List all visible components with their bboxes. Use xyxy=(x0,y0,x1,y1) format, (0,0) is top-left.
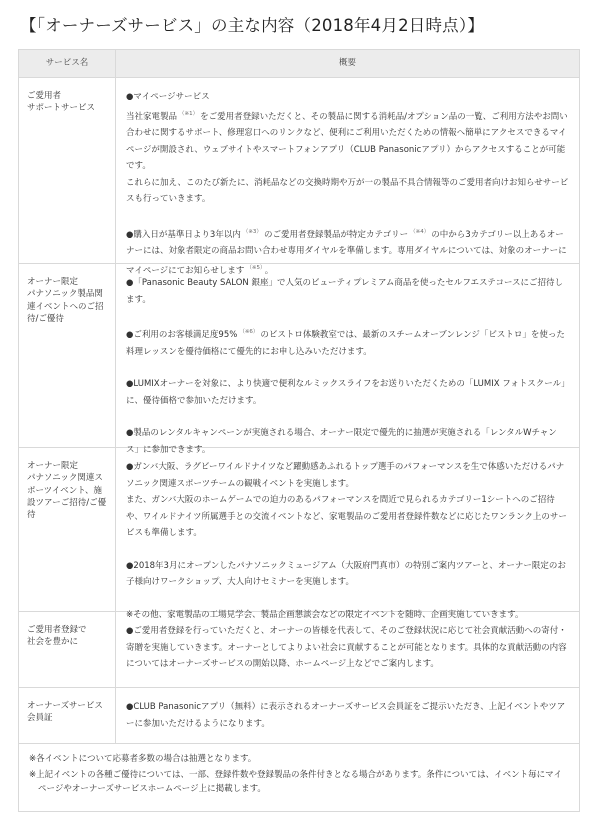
header-summary: 概要 xyxy=(116,50,579,77)
summary-paragraph: ●ご利用のお客様満足度95%（※6）のビストロ体験教室では、最新のスチームオーブ… xyxy=(126,324,569,360)
summary-cell: ●ご愛用者登録を行っていただくと、オーナーの皆様を代表して、そのご登録状況に応じ… xyxy=(116,612,579,687)
table-row: ご愛用者サポートサービス ●マイページサービス当社家電製品（※1）をご愛用者登録… xyxy=(19,77,579,263)
summary-paragraph: ●ご愛用者登録を行っていただくと、オーナーの皆様を代表して、そのご登録状況に応じ… xyxy=(126,623,569,673)
service-name-cell: オーナーズサービス会員証 xyxy=(19,688,116,743)
owners-service-table: サービス名 概要 ご愛用者サポートサービス ●マイページサービス当社家電製品（※… xyxy=(18,49,580,812)
summary-paragraph: ●ガンバ大阪、ラグビーワイルドナイツなど躍動感あふれるトップ選手のパフォーマンス… xyxy=(126,459,569,542)
summary-paragraph: ●「Panasonic Beauty SALON 銀座」で人気のビューティプレミ… xyxy=(126,275,569,308)
service-name-cell: ご愛用者登録で社会を豊かに xyxy=(19,612,116,687)
note-item: ※各イベントについて応募者多数の場合は抽選となります。 xyxy=(29,752,569,766)
header-service-name: サービス名 xyxy=(19,50,116,77)
table-row: オーナー限定パナソニック関連スポーツイベント、施設ツアーご招待/ご優待 ●ガンバ… xyxy=(19,447,579,611)
notes: ※各イベントについて応募者多数の場合は抽選となります。 ※上記イベントの各種ご優… xyxy=(19,744,579,811)
summary-paragraph: ●LUMIXオーナーを対象に、より快適で便利なルミックスライフをお送りいただくた… xyxy=(126,376,569,409)
table-header-row: サービス名 概要 xyxy=(19,50,579,77)
note-item: ※上記イベントの各種ご優待については、一部、登録件数や登録製品の条件付きとなる場… xyxy=(29,768,569,796)
footnote-marker: （※6） xyxy=(237,329,260,335)
table-row: オーナー限定パナソニック製品関連イベントへのご招待/ご優待 ●「Panasoni… xyxy=(19,263,579,447)
notes-row: ※各イベントについて応募者多数の場合は抽選となります。 ※上記イベントの各種ご優… xyxy=(19,743,579,811)
summary-paragraph: ●CLUB Panasonicアプリ（無料）に表示されるオーナーズサービス会員証… xyxy=(126,699,569,732)
service-name-cell: オーナー限定パナソニック製品関連イベントへのご招待/ご優待 xyxy=(19,264,116,447)
page-title: 【「オーナーズサービス」の主な内容（2018年4月2日時点）】 xyxy=(20,12,484,36)
table-row: ご愛用者登録で社会を豊かに ●ご愛用者登録を行っていただくと、オーナーの皆様を代… xyxy=(19,611,579,687)
footnote-marker: （※4） xyxy=(408,229,431,235)
summary-cell: ●ガンバ大阪、ラグビーワイルドナイツなど躍動感あふれるトップ選手のパフォーマンス… xyxy=(116,448,579,611)
summary-paragraph: ●マイページサービス当社家電製品（※1）をご愛用者登録いただくと、その製品に関す… xyxy=(126,89,569,208)
footnote-marker: （※3） xyxy=(241,229,264,235)
summary-cell: ●「Panasonic Beauty SALON 銀座」で人気のビューティプレミ… xyxy=(116,264,579,447)
table-row: オーナーズサービス会員証 ●CLUB Panasonicアプリ（無料）に表示され… xyxy=(19,687,579,743)
summary-cell: ●マイページサービス当社家電製品（※1）をご愛用者登録いただくと、その製品に関す… xyxy=(116,78,579,263)
service-name-cell: オーナー限定パナソニック関連スポーツイベント、施設ツアーご招待/ご優待 xyxy=(19,448,116,611)
summary-cell: ●CLUB Panasonicアプリ（無料）に表示されるオーナーズサービス会員証… xyxy=(116,688,579,743)
service-name-cell: ご愛用者サポートサービス xyxy=(19,78,116,263)
footnote-marker: （※1） xyxy=(177,111,200,117)
summary-paragraph: ●2018年3月にオープンしたパナソニックミュージアム（大阪府門真市）の特別ご案… xyxy=(126,558,569,591)
